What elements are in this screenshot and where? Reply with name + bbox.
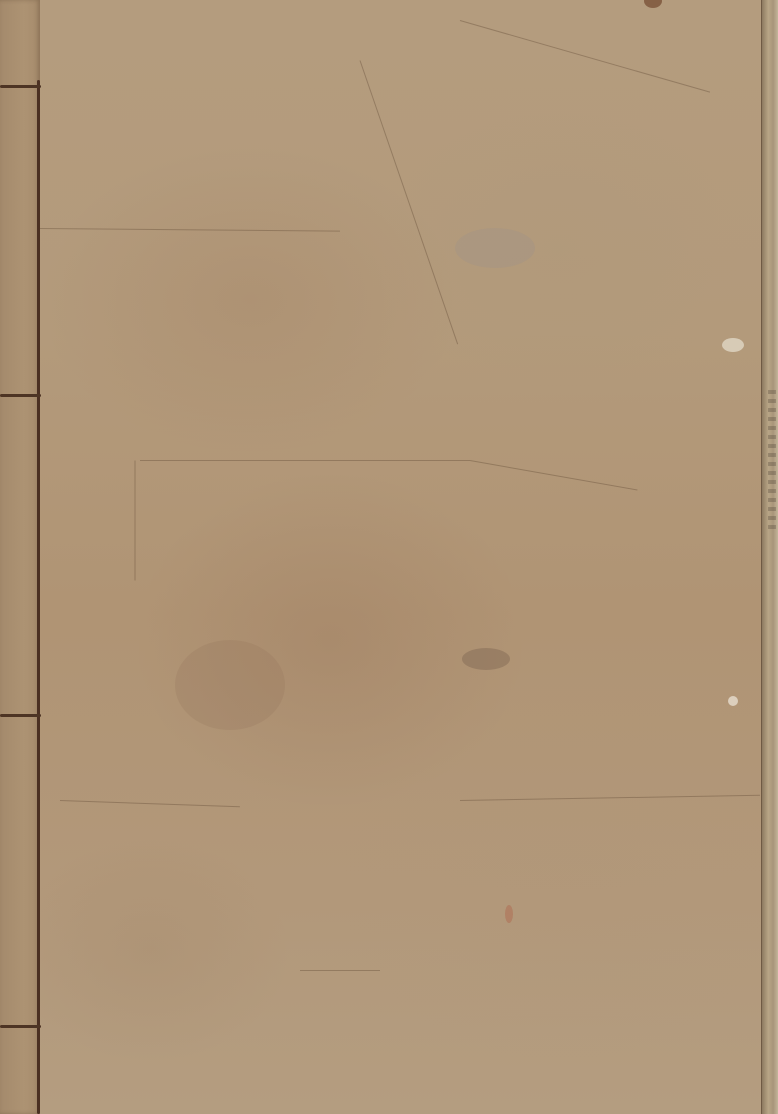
page-edge — [761, 0, 778, 1114]
book-cover-scan: Worn tan/beige paper cover with creases,… — [0, 0, 778, 1114]
paper-crease — [460, 20, 710, 93]
stain-spot — [644, 0, 662, 8]
paper-crease — [40, 228, 340, 232]
binding-stitch — [0, 714, 41, 717]
paper-crease — [60, 800, 240, 807]
paper-crease — [135, 461, 136, 581]
binding-stitch — [0, 85, 41, 88]
page-edge-bleed-marks — [768, 390, 776, 530]
paper-crease — [470, 460, 638, 491]
paper-crease — [140, 460, 470, 461]
binding-stitch — [0, 394, 41, 397]
paper-crease — [360, 60, 459, 344]
paper-crease — [300, 970, 380, 971]
stain-spot — [462, 648, 510, 670]
binding-thread-vertical — [37, 80, 40, 1114]
paper-wear-spot — [728, 696, 738, 706]
binding-stitch — [0, 1025, 41, 1028]
stain-spot — [175, 640, 285, 730]
stain-spot — [505, 905, 513, 923]
paper-crease — [460, 795, 760, 801]
paper-wear-spot — [722, 338, 744, 352]
book-spine — [0, 0, 40, 1114]
stain-spot — [455, 228, 535, 268]
